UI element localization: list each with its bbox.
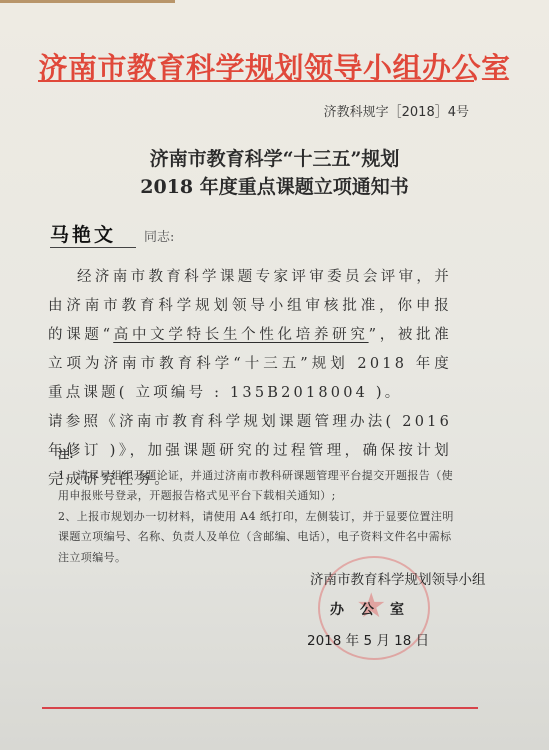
notes-label: 注: [58, 445, 458, 466]
salutation-suffix: 同志: [144, 230, 174, 245]
paper-top-edge [0, 0, 175, 3]
signature-office: 办公室 [330, 599, 420, 619]
note-item: 2、上报市规划办一切材料，请使用 A4 纸打印，左侧装订，并于显要位置注明课题立… [58, 507, 458, 569]
body-paragraph-1: 经济南市教育科学课题专家评审委员会评审，并由济南市教育科学规划领导小组审核批准，… [48, 263, 452, 408]
notice-title-line1: 济南市教育科学“十三五”规划 [0, 144, 549, 171]
document-number: 济教科规字［2018］4号 [324, 101, 469, 120]
footer-red-rule [42, 707, 478, 709]
note-item: 1、请尽早组织开题论证，并通过济南市教科研课题管理平台提交开题报告（使用申报账号… [58, 466, 458, 507]
salutation: 马艳文同志: [50, 220, 174, 248]
recipient-name: 马艳文 [50, 220, 136, 248]
signature-date: 2018 年 5 月 18 日 [307, 629, 429, 649]
project-title: 高中文学特长生个性化培养研究 [113, 327, 368, 343]
signature-org: 济南市教育科学规划领导小组 [310, 568, 486, 588]
letterhead-red-rule [38, 80, 474, 82]
notice-title-line2: 2018 年度重点课题立项通知书 [0, 172, 549, 199]
notes-section: 注: 1、请尽早组织开题论证，并通过济南市教科研课题管理平台提交开题报告（使用申… [58, 445, 458, 568]
